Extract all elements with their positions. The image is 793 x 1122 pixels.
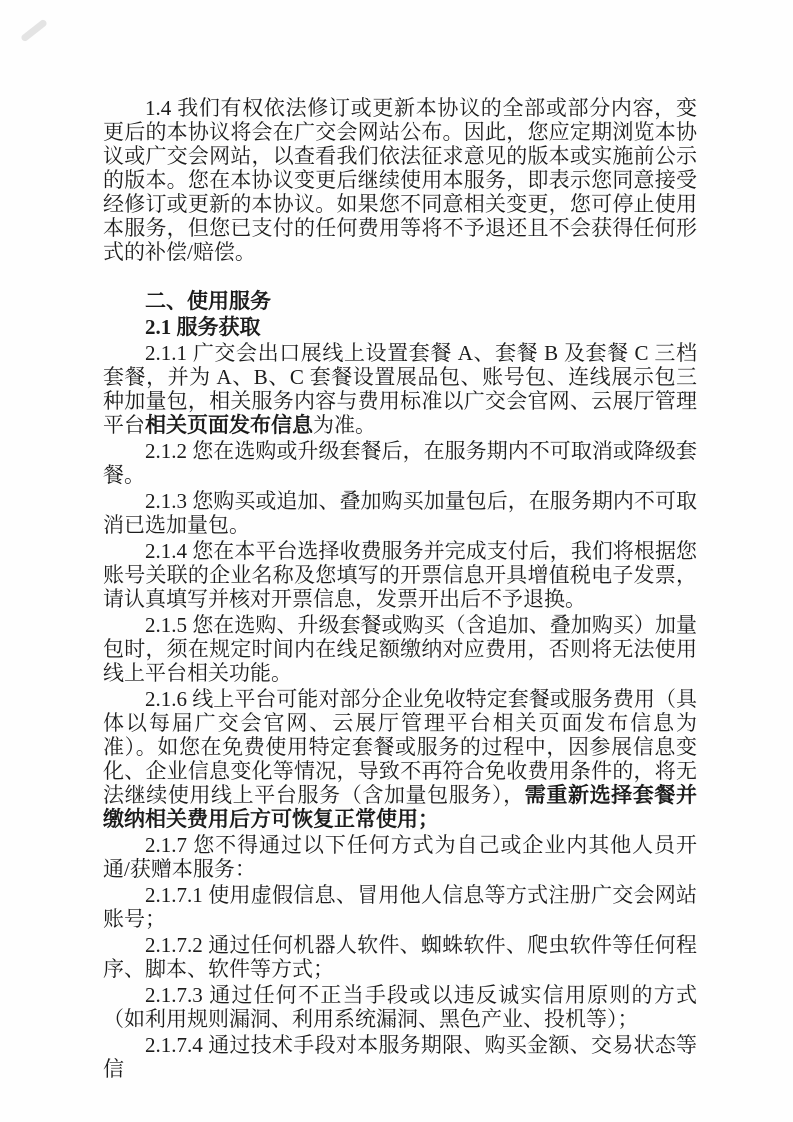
body-text: 2.1.7.4 通过技术手段对本服务期限、购买金额、交易状态等信 (103, 1033, 697, 1081)
body-text: 2.1.2 您在选购或升级套餐后，在服务期内不可取消或降级套餐。 (103, 439, 697, 487)
body-text: 2.1.4 您在本平台选择收费服务并完成支付后，我们将根据您账号关联的企业名称及… (103, 539, 697, 611)
document-paragraph: 2.1.3 您购买或追加、叠加购买加量包后，在服务期内不可取消已选加量包。 (103, 489, 697, 537)
body-text: 为准。 (313, 413, 376, 437)
body-text: 1.4 我们有权依法修订或更新本协议的全部或部分内容，变更后的本协议将会在广交会… (103, 96, 697, 264)
document-paragraph: 2.1.2 您在选购或升级套餐后，在服务期内不可取消或降级套餐。 (103, 439, 697, 487)
document-paragraph: 1.4 我们有权依法修订或更新本协议的全部或部分内容，变更后的本协议将会在广交会… (103, 96, 697, 264)
document-paragraph: 2.1.7 您不得通过以下任何方式为自己或企业内其他人员开通/获赠本服务： (103, 833, 697, 881)
body-text: 2.1.7.2 通过任何机器人软件、蜘蛛软件、爬虫软件等任何程序、脚本、软件等方… (103, 933, 697, 981)
body-text: 2.1.5 您在选购、升级套餐或购买（含追加、叠加购买）加量包时，须在规定时间内… (103, 613, 697, 685)
body-text: 2.1.7.1 使用虚假信息、冒用他人信息等方式注册广交会网站账号； (103, 883, 697, 931)
document-paragraph: 2.1.7.3 通过任何不正当手段或以违反诚实信用原则的方式（如利用规则漏洞、利… (103, 983, 697, 1031)
agreement-text-body: 1.4 我们有权依法修订或更新本协议的全部或部分内容，变更后的本协议将会在广交会… (103, 96, 697, 1083)
document-paragraph: 2.1.7.4 通过技术手段对本服务期限、购买金额、交易状态等信 (103, 1033, 697, 1081)
document-paragraph: 2.1.7.2 通过任何机器人软件、蜘蛛软件、爬虫软件等任何程序、脚本、软件等方… (103, 933, 697, 981)
scan-artifact-mark (20, 19, 48, 43)
document-paragraph: 2.1.7.1 使用虚假信息、冒用他人信息等方式注册广交会网站账号； (103, 883, 697, 931)
document-page: 1.4 我们有权依法修订或更新本协议的全部或部分内容，变更后的本协议将会在广交会… (0, 0, 793, 1122)
section-heading: 2.1 服务获取 (103, 315, 697, 339)
emphasis-text: 2.1 服务获取 (145, 315, 261, 339)
document-paragraph: 2.1.6 线上平台可能对部分企业免收特定套餐或服务费用（具体以每届广交会官网、… (103, 687, 697, 831)
section-heading: 二、使用服务 (103, 289, 697, 313)
body-text: 2.1.3 您购买或追加、叠加购买加量包后，在服务期内不可取消已选加量包。 (103, 489, 697, 537)
document-paragraph: 2.1.4 您在本平台选择收费服务并完成支付后，我们将根据您账号关联的企业名称及… (103, 539, 697, 611)
body-text: 2.1.7.3 通过任何不正当手段或以违反诚实信用原则的方式（如利用规则漏洞、利… (103, 983, 697, 1031)
emphasis-text: 相关页面发布信息 (145, 413, 313, 437)
emphasis-text: 二、使用服务 (145, 289, 271, 313)
body-text: 2.1.7 您不得通过以下任何方式为自己或企业内其他人员开通/获赠本服务： (103, 833, 697, 881)
document-paragraph: 2.1.5 您在选购、升级套餐或购买（含追加、叠加购买）加量包时，须在规定时间内… (103, 613, 697, 685)
document-paragraph: 2.1.1 广交会出口展线上设置套餐 A、套餐 B 及套餐 C 三档套餐，并为 … (103, 341, 697, 437)
